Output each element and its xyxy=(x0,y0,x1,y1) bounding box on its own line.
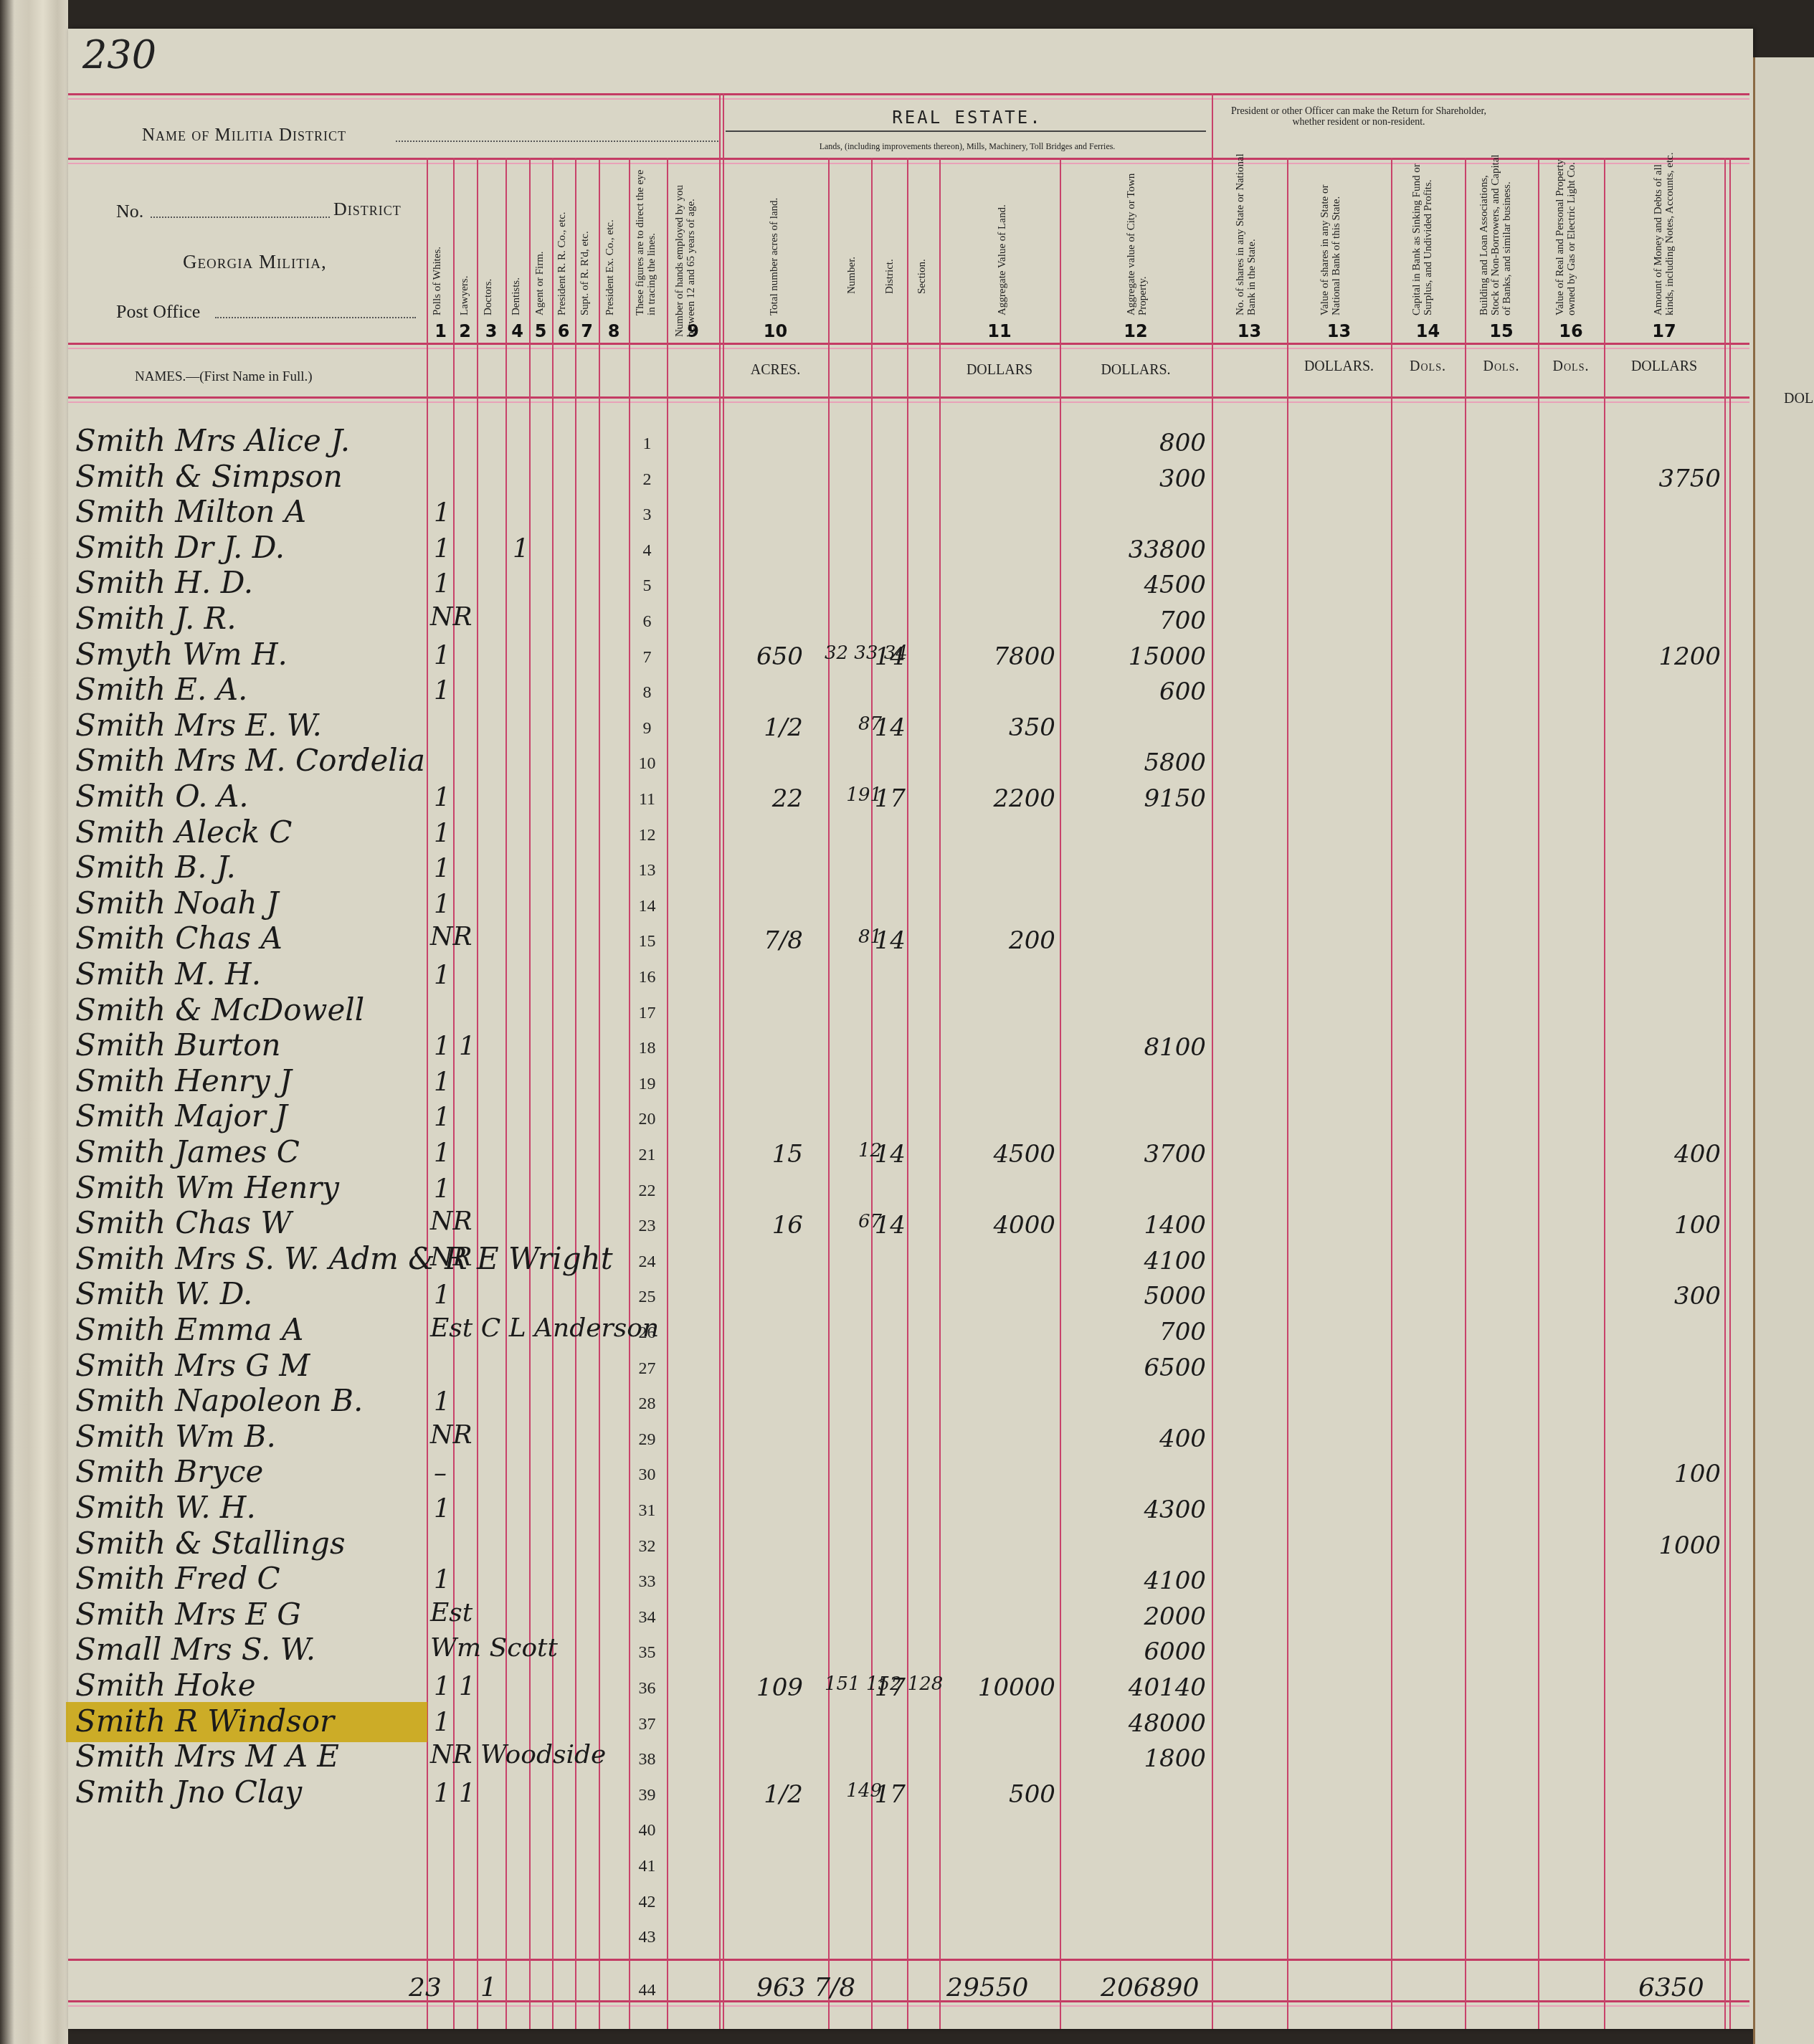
row-number: 13 xyxy=(627,861,667,880)
col-number: 3 xyxy=(477,321,505,341)
row-number: 38 xyxy=(627,1750,667,1769)
polls-tick: – xyxy=(434,1458,447,1488)
polls-tick: 1 xyxy=(434,1032,450,1061)
money-debts-value: 100 xyxy=(1606,1460,1721,1488)
total-city-value: 206890 xyxy=(1101,1973,1199,2002)
land-value: 500 xyxy=(941,1780,1055,1809)
acres-value: 15 xyxy=(724,1140,803,1169)
taxpayer-name: Smith Mrs M A E xyxy=(75,1739,339,1774)
polls-tick: 1 xyxy=(434,1103,450,1132)
taxpayer-name: Smith Noah J xyxy=(75,885,279,921)
row-number: 43 xyxy=(627,1928,667,1947)
lawyers-tick: 1 xyxy=(459,1032,475,1061)
taxpayer-name: Smith Mrs S. W. Adm & R E Wright xyxy=(75,1241,613,1276)
col-label-lawyers: Lawyers. xyxy=(459,276,470,315)
taxpayer-name: Smith Napoleon B. xyxy=(75,1383,363,1418)
city-property-value: 700 xyxy=(1061,1318,1206,1346)
row-number: 28 xyxy=(627,1394,667,1414)
row-number: 30 xyxy=(627,1465,667,1485)
rule-under-units-pink xyxy=(68,401,1749,403)
col-label-section: Section. xyxy=(916,259,928,294)
row-number: 25 xyxy=(627,1288,667,1307)
unit-dollars: DOLLARS. xyxy=(1287,358,1391,375)
row-number: 41 xyxy=(627,1857,667,1876)
taxpayer-name: Smith Mrs Alice J. xyxy=(75,423,350,458)
polls-tick: 1 xyxy=(434,961,450,990)
col-number: 9 xyxy=(667,321,719,341)
land-value: 2200 xyxy=(941,784,1055,813)
col-number: 14 xyxy=(1391,321,1465,341)
officer-note: President or other Officer can make the … xyxy=(1226,106,1491,128)
col-number: 2 xyxy=(453,321,477,341)
taxpayer-name: Smith J. R. xyxy=(75,601,237,636)
real-estate-title: REAL ESTATE. xyxy=(723,108,1212,128)
lawyers-tick: 1 xyxy=(459,1779,475,1808)
col-label-doctors: Doctors. xyxy=(483,279,494,315)
page-number: 230 xyxy=(82,32,156,77)
land-value: 4500 xyxy=(941,1140,1055,1169)
money-debts-value: 400 xyxy=(1606,1140,1721,1169)
unit-acres: ACRES. xyxy=(723,362,828,379)
city-property-value: 4300 xyxy=(1061,1496,1206,1524)
polls-tick: 1 xyxy=(434,534,450,564)
book-binding-edge xyxy=(0,0,68,2044)
taxpayer-name: Smith Jno Clay xyxy=(75,1774,302,1810)
city-property-value: 800 xyxy=(1061,429,1206,457)
row-number: 20 xyxy=(627,1110,667,1129)
district-number: 14 xyxy=(871,1140,906,1169)
row-number: 4 xyxy=(627,541,667,561)
money-debts-value: 100 xyxy=(1606,1211,1721,1240)
taxpayer-name: Smith Mrs M. Cordelia xyxy=(75,743,425,778)
row-number: 5 xyxy=(627,576,667,596)
col-rule xyxy=(828,158,830,2029)
col-number: 12 xyxy=(1060,321,1212,341)
polls-tick: 1 xyxy=(434,1494,450,1524)
acres-value: 1/2 xyxy=(724,1780,803,1809)
row-number: 6 xyxy=(627,612,667,632)
unit-dols: Dols. xyxy=(1391,358,1465,375)
entry-note: NR xyxy=(430,1242,473,1272)
district-number: 17 xyxy=(871,1673,906,1702)
city-property-value: 4500 xyxy=(1061,571,1206,599)
acres-value: 109 xyxy=(724,1673,803,1702)
row-number: 15 xyxy=(627,932,667,951)
col-number: 11 xyxy=(939,321,1060,341)
taxpayer-name: Smith & McDowell xyxy=(75,992,364,1027)
post-office-label: Post Office xyxy=(116,301,200,323)
col-label-number: Number. xyxy=(846,257,858,294)
row-number: 23 xyxy=(627,1217,667,1236)
city-property-value: 4100 xyxy=(1061,1247,1206,1275)
taxpayer-name: Smith Milton A xyxy=(75,494,306,529)
city-property-value: 33800 xyxy=(1061,536,1206,564)
district-label: District xyxy=(333,199,402,220)
col-label-guide-figures: These figures are to direct the eye in t… xyxy=(635,165,657,315)
row-number: 37 xyxy=(627,1715,667,1734)
row-number: 9 xyxy=(627,719,667,738)
polls-tick: 1 xyxy=(434,498,450,528)
row-number: 1 xyxy=(627,434,667,454)
taxpayer-name: Smith H. D. xyxy=(75,565,253,600)
lawyers-tick: 1 xyxy=(459,1672,475,1701)
city-property-value: 48000 xyxy=(1061,1709,1206,1738)
entry-note: Est C L Anderson xyxy=(430,1313,659,1343)
col-label-district: District. xyxy=(884,259,896,294)
col-rule xyxy=(1391,158,1392,2029)
polls-tick: 1 xyxy=(434,854,450,883)
city-property-value: 400 xyxy=(1061,1425,1206,1453)
taxpayer-name: Smith Mrs E G xyxy=(75,1597,301,1632)
row-number: 35 xyxy=(627,1643,667,1663)
rule-after-total xyxy=(68,2000,1749,2002)
total-land-value: 29550 xyxy=(946,1973,1029,2002)
unit-dollars: DOLLARS. xyxy=(1060,362,1212,379)
col-rule xyxy=(907,158,908,2029)
district-number: 17 xyxy=(871,1780,906,1809)
taxpayer-name: Smith Major J xyxy=(75,1098,288,1133)
row-number: 32 xyxy=(627,1537,667,1556)
col-label-gas-electric: Value of Real and Personal Property owne… xyxy=(1554,151,1577,315)
taxpayer-name: Smith O. A. xyxy=(75,779,249,814)
polls-tick: 1 xyxy=(434,783,450,812)
no-label: No. xyxy=(116,201,143,222)
taxpayer-name: Smith Mrs G M xyxy=(75,1348,310,1383)
taxpayer-name: Smith M. H. xyxy=(75,956,261,992)
polls-tick: 1 xyxy=(434,641,450,670)
taxpayer-name: Smith R Windsor xyxy=(75,1703,334,1739)
row-number: 19 xyxy=(627,1075,667,1094)
city-property-value: 9150 xyxy=(1061,784,1206,813)
row-number: 31 xyxy=(627,1501,667,1521)
city-property-value: 6500 xyxy=(1061,1354,1206,1382)
polls-tick: 1 xyxy=(434,1387,450,1417)
taxpayer-name: Smith Burton xyxy=(75,1027,281,1063)
col-number: 15 xyxy=(1465,321,1538,341)
taxpayer-name: Smith Fred C xyxy=(75,1561,280,1596)
taxpayer-name: Smith B. J. xyxy=(75,850,236,885)
row-number: 22 xyxy=(627,1182,667,1201)
taxpayer-name: Smith E. A. xyxy=(75,672,247,707)
col-label-polls: Polls of Whites. xyxy=(432,172,443,315)
city-property-value: 5000 xyxy=(1061,1282,1206,1311)
land-value: 4000 xyxy=(941,1211,1055,1240)
col-rule xyxy=(427,158,428,2029)
col-number: 10 xyxy=(723,321,828,341)
polls-tick: 1 xyxy=(434,569,450,599)
rule-before-total xyxy=(68,1959,1749,1961)
city-property-value: 2000 xyxy=(1061,1602,1206,1631)
city-property-value: 700 xyxy=(1061,607,1206,635)
col-rule xyxy=(1287,158,1288,2029)
col-label-money-debts: Amount of Money and Debts of all kinds, … xyxy=(1653,151,1676,315)
acres-value: 16 xyxy=(724,1211,803,1240)
adjacent-page-edge: DOL xyxy=(1753,57,1814,2044)
col-number: 13 xyxy=(1212,321,1287,341)
row-number: 21 xyxy=(627,1146,667,1165)
col-number: 4 xyxy=(505,321,529,341)
row-number: 14 xyxy=(627,897,667,916)
row-number: 17 xyxy=(627,1004,667,1023)
militia-district-label: Name of Militia District xyxy=(142,125,346,146)
polls-tick: 1 xyxy=(434,1565,450,1594)
adjacent-page-unit: DOL xyxy=(1784,391,1813,407)
money-debts-value: 1000 xyxy=(1606,1531,1721,1560)
col-rule xyxy=(871,158,873,2029)
land-value: 7800 xyxy=(941,642,1055,671)
polls-tick: 1 xyxy=(434,1174,450,1204)
taxpayer-name: Smith Henry J xyxy=(75,1063,292,1098)
col-number: 16 xyxy=(1538,321,1604,341)
row-number: 16 xyxy=(627,968,667,987)
entry-note: NR xyxy=(430,922,473,951)
city-property-value: 5800 xyxy=(1061,748,1206,777)
district-number-field xyxy=(151,217,330,218)
money-debts-value: 1200 xyxy=(1606,642,1721,671)
col-label-capital-bank: Capital in Bank as Sinking Fund or Surpl… xyxy=(1411,151,1434,315)
col-label-pres-ex: President Ex. Co., etc. xyxy=(604,219,616,315)
col-rule xyxy=(719,93,721,2029)
col-label-building-loan: Building and Loan Associations, Stock of… xyxy=(1478,151,1513,315)
col-label-bank-shares-no: No. of shares in any State or National B… xyxy=(1235,151,1258,315)
georgia-militia-label: Georgia Militia, xyxy=(183,251,327,273)
land-value: 200 xyxy=(941,926,1055,955)
district-number: 17 xyxy=(871,784,906,813)
col-number: 13 xyxy=(1287,321,1391,341)
col-number: 7 xyxy=(575,321,599,341)
entry-note: Est xyxy=(430,1598,473,1627)
taxpayer-name: Smith Aleck C xyxy=(75,814,292,850)
city-property-value: 600 xyxy=(1061,678,1206,706)
taxpayer-name: Smith Bryce xyxy=(75,1454,263,1489)
taxpayer-name: Smith & Stallings xyxy=(75,1526,346,1561)
taxpayer-name: Smith W. H. xyxy=(75,1490,256,1525)
col-number: 1 xyxy=(428,321,453,341)
row-number: 29 xyxy=(627,1430,667,1450)
col-rule xyxy=(1212,93,1213,2029)
col-number: 17 xyxy=(1604,321,1724,341)
col-label-city-value: Aggregate value of City or Town Property… xyxy=(1126,158,1149,315)
district-number: 14 xyxy=(871,1211,906,1240)
city-property-value: 40140 xyxy=(1061,1673,1206,1702)
district-number: 14 xyxy=(871,713,906,742)
rule-under-headers-pink xyxy=(68,348,1749,349)
col-rule xyxy=(667,158,668,2029)
entry-note: NR Woodside xyxy=(430,1740,606,1769)
unit-dollars: DOLLARS xyxy=(1604,358,1724,375)
taxpayer-name: Smith Chas A xyxy=(75,921,282,956)
city-property-value: 3700 xyxy=(1061,1140,1206,1169)
taxpayer-name: Smith W. D. xyxy=(75,1276,252,1311)
row-number: 36 xyxy=(627,1679,667,1698)
row-number: 12 xyxy=(627,826,667,845)
row-number: 24 xyxy=(627,1252,667,1272)
col-label-agent: Agent or Firm. xyxy=(534,251,546,315)
polls-tick: 1 xyxy=(434,1139,450,1168)
col-rule xyxy=(1604,158,1605,2029)
col-label-land-value: Aggregate Value of Land. xyxy=(997,204,1008,315)
col-rule xyxy=(1538,158,1539,2029)
polls-tick: 1 xyxy=(434,1068,450,1097)
taxpayer-name: Smith Dr J. D. xyxy=(75,530,285,565)
polls-tick: 1 xyxy=(434,890,450,919)
row-number: 8 xyxy=(627,683,667,703)
acres-value: 7/8 xyxy=(724,926,803,955)
names-column-label: NAMES.—(First Name in Full.) xyxy=(135,369,313,385)
col-label-supt-rr: Supt. of R. R'd, etc. xyxy=(579,231,591,315)
entry-note: NR xyxy=(430,1207,473,1236)
city-property-value: 4100 xyxy=(1061,1567,1206,1595)
dentists-tick: 1 xyxy=(513,534,529,564)
unit-dols: Dols. xyxy=(1538,358,1604,375)
polls-tick: 1 xyxy=(434,1672,450,1701)
col-label-hands-employed: Number of hands employed by you between … xyxy=(674,172,697,337)
col-rule xyxy=(723,93,724,2029)
rule-under-units xyxy=(68,396,1749,399)
total-acres: 963 7/8 xyxy=(756,1973,855,2002)
real-estate-rule xyxy=(726,130,1206,132)
taxpayer-name: Smith Chas W xyxy=(75,1205,292,1240)
money-debts-value: 3750 xyxy=(1606,465,1721,493)
row-number: 2 xyxy=(627,470,667,490)
row-number: 42 xyxy=(627,1893,667,1912)
polls-tick: 1 xyxy=(434,819,450,848)
col-rule xyxy=(1724,158,1726,2029)
taxpayer-name: Smith James C xyxy=(75,1134,300,1169)
city-property-value: 1400 xyxy=(1061,1211,1206,1240)
unit-dols: Dols. xyxy=(1465,358,1538,375)
district-number: 14 xyxy=(871,926,906,955)
polls-tick: 1 xyxy=(434,1280,450,1310)
col-number: 8 xyxy=(599,321,629,341)
taxpayer-name: Smyth Wm H. xyxy=(75,637,288,672)
acres-value: 1/2 xyxy=(724,713,803,742)
acres-value: 22 xyxy=(724,784,803,813)
taxpayer-name: Smith Wm Henry xyxy=(75,1170,339,1205)
militia-district-field xyxy=(396,141,718,142)
taxpayer-name: Smith & Simpson xyxy=(75,459,343,494)
district-number: 14 xyxy=(871,642,906,671)
taxpayer-name: Small Mrs S. W. xyxy=(75,1632,315,1667)
col-number: 6 xyxy=(552,321,575,341)
col-label-pres-rr: President R. R. Co., etc. xyxy=(556,211,568,315)
rule-after-total-pink xyxy=(68,2005,1749,2007)
row-number: 27 xyxy=(627,1359,667,1379)
taxpayer-name: Smith Wm B. xyxy=(75,1419,276,1454)
row-number: 34 xyxy=(627,1608,667,1627)
total-polls: 23 xyxy=(409,1973,442,2002)
city-property-value: 6000 xyxy=(1061,1637,1206,1666)
taxpayer-name: Smith Mrs E. W. xyxy=(75,708,322,743)
polls-tick: 1 xyxy=(434,1779,450,1808)
polls-tick: 1 xyxy=(434,676,450,705)
unit-dollars: DOLLARS xyxy=(939,362,1060,379)
taxpayer-name: Smith Hoke xyxy=(75,1668,256,1703)
total-money: 6350 xyxy=(1638,1973,1704,2002)
col-label-bank-shares-value: Value of shares in any State or National… xyxy=(1319,151,1342,315)
real-estate-subtitle: Lands, (including improvements thereon),… xyxy=(723,141,1212,152)
acres-value: 650 xyxy=(724,642,803,671)
row-number: 40 xyxy=(627,1821,667,1840)
entry-note: Wm Scott xyxy=(430,1633,558,1663)
row-number: 7 xyxy=(627,648,667,667)
row-number: 18 xyxy=(627,1039,667,1058)
city-property-value: 8100 xyxy=(1061,1033,1206,1062)
row-number: 33 xyxy=(627,1572,667,1592)
row-number: 39 xyxy=(627,1786,667,1805)
land-value: 10000 xyxy=(941,1673,1055,1702)
col-label-dentists: Dentists. xyxy=(511,277,522,315)
row-number: 3 xyxy=(627,505,667,525)
rule-under-headers xyxy=(68,343,1749,345)
rule-top-pink xyxy=(68,98,1749,100)
rule-top xyxy=(68,93,1749,95)
city-property-value: 300 xyxy=(1061,465,1206,493)
total-doctors: 1 xyxy=(480,1973,497,2002)
row-number: 11 xyxy=(627,790,667,809)
col-rule xyxy=(939,158,941,2029)
row-number-total: 44 xyxy=(627,1981,667,2000)
money-debts-value: 300 xyxy=(1606,1282,1721,1311)
col-rule xyxy=(1729,158,1731,2029)
row-number: 10 xyxy=(627,754,667,774)
col-label-total-acres: Total number acres of land. xyxy=(769,198,780,315)
col-rule xyxy=(1465,158,1466,2029)
polls-tick: 1 xyxy=(434,1708,450,1737)
city-property-value: 15000 xyxy=(1061,642,1206,671)
col-number: 5 xyxy=(529,321,552,341)
taxpayer-name: Smith Emma A xyxy=(75,1312,303,1347)
city-property-value: 1800 xyxy=(1061,1744,1206,1773)
entry-note: NR xyxy=(430,1420,473,1450)
land-value: 350 xyxy=(941,713,1055,742)
post-office-field xyxy=(215,317,416,318)
entry-note: NR xyxy=(430,602,473,632)
